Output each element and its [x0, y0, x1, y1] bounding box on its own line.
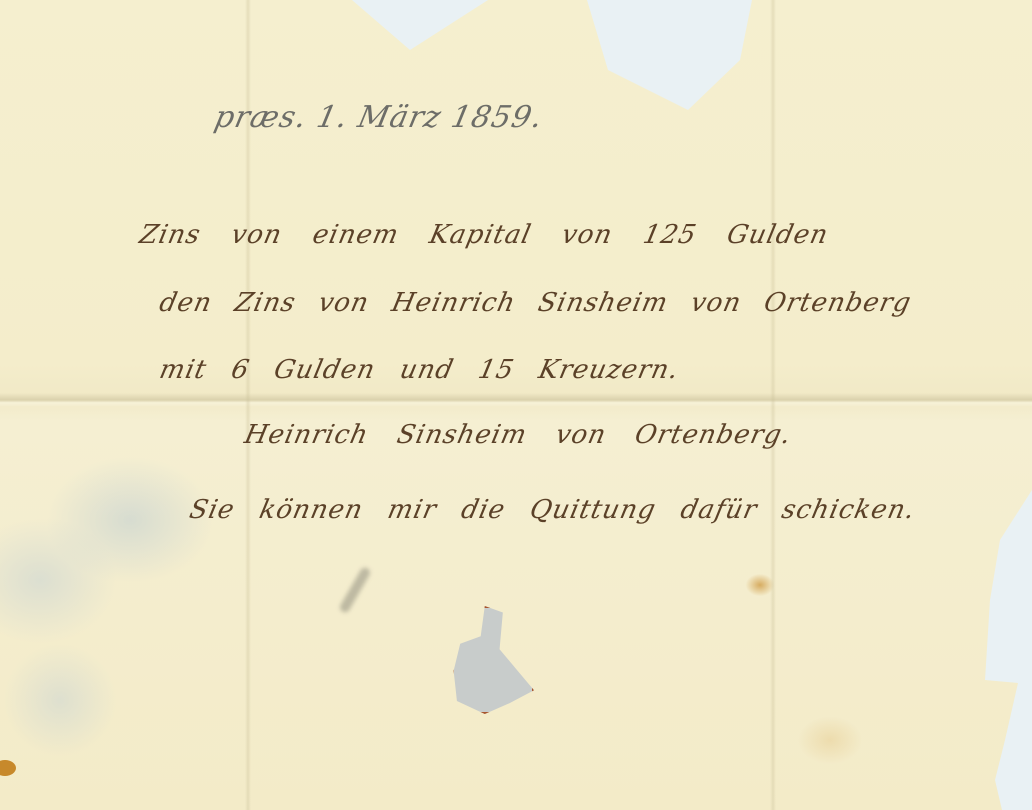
torn-hole — [452, 606, 534, 714]
pencil-date-note: præs. 1. März 1859. — [211, 100, 546, 135]
letter-line-3: mit 6 Gulden und 15 Kreuzern. — [157, 355, 682, 385]
scanned-letter-page: præs. 1. März 1859. Zins von einem Kapit… — [0, 0, 1032, 810]
amber-stain — [0, 760, 16, 776]
paper-sheet: præs. 1. März 1859. Zins von einem Kapit… — [0, 0, 1032, 810]
ink-smudge — [338, 566, 372, 614]
letter-line-5: Sie können mir die Quittung dafür schick… — [187, 495, 918, 525]
letter-line-2: den Zins von Heinrich Sinsheim von Orten… — [157, 288, 914, 318]
letter-line-1: Zins von einem Kapital von 125 Gulden — [137, 220, 831, 250]
letter-line-4: Heinrich Sinsheim von Ortenberg. — [242, 420, 794, 450]
horizontal-fold-crease — [0, 393, 1032, 407]
vertical-fold-crease — [770, 0, 776, 810]
